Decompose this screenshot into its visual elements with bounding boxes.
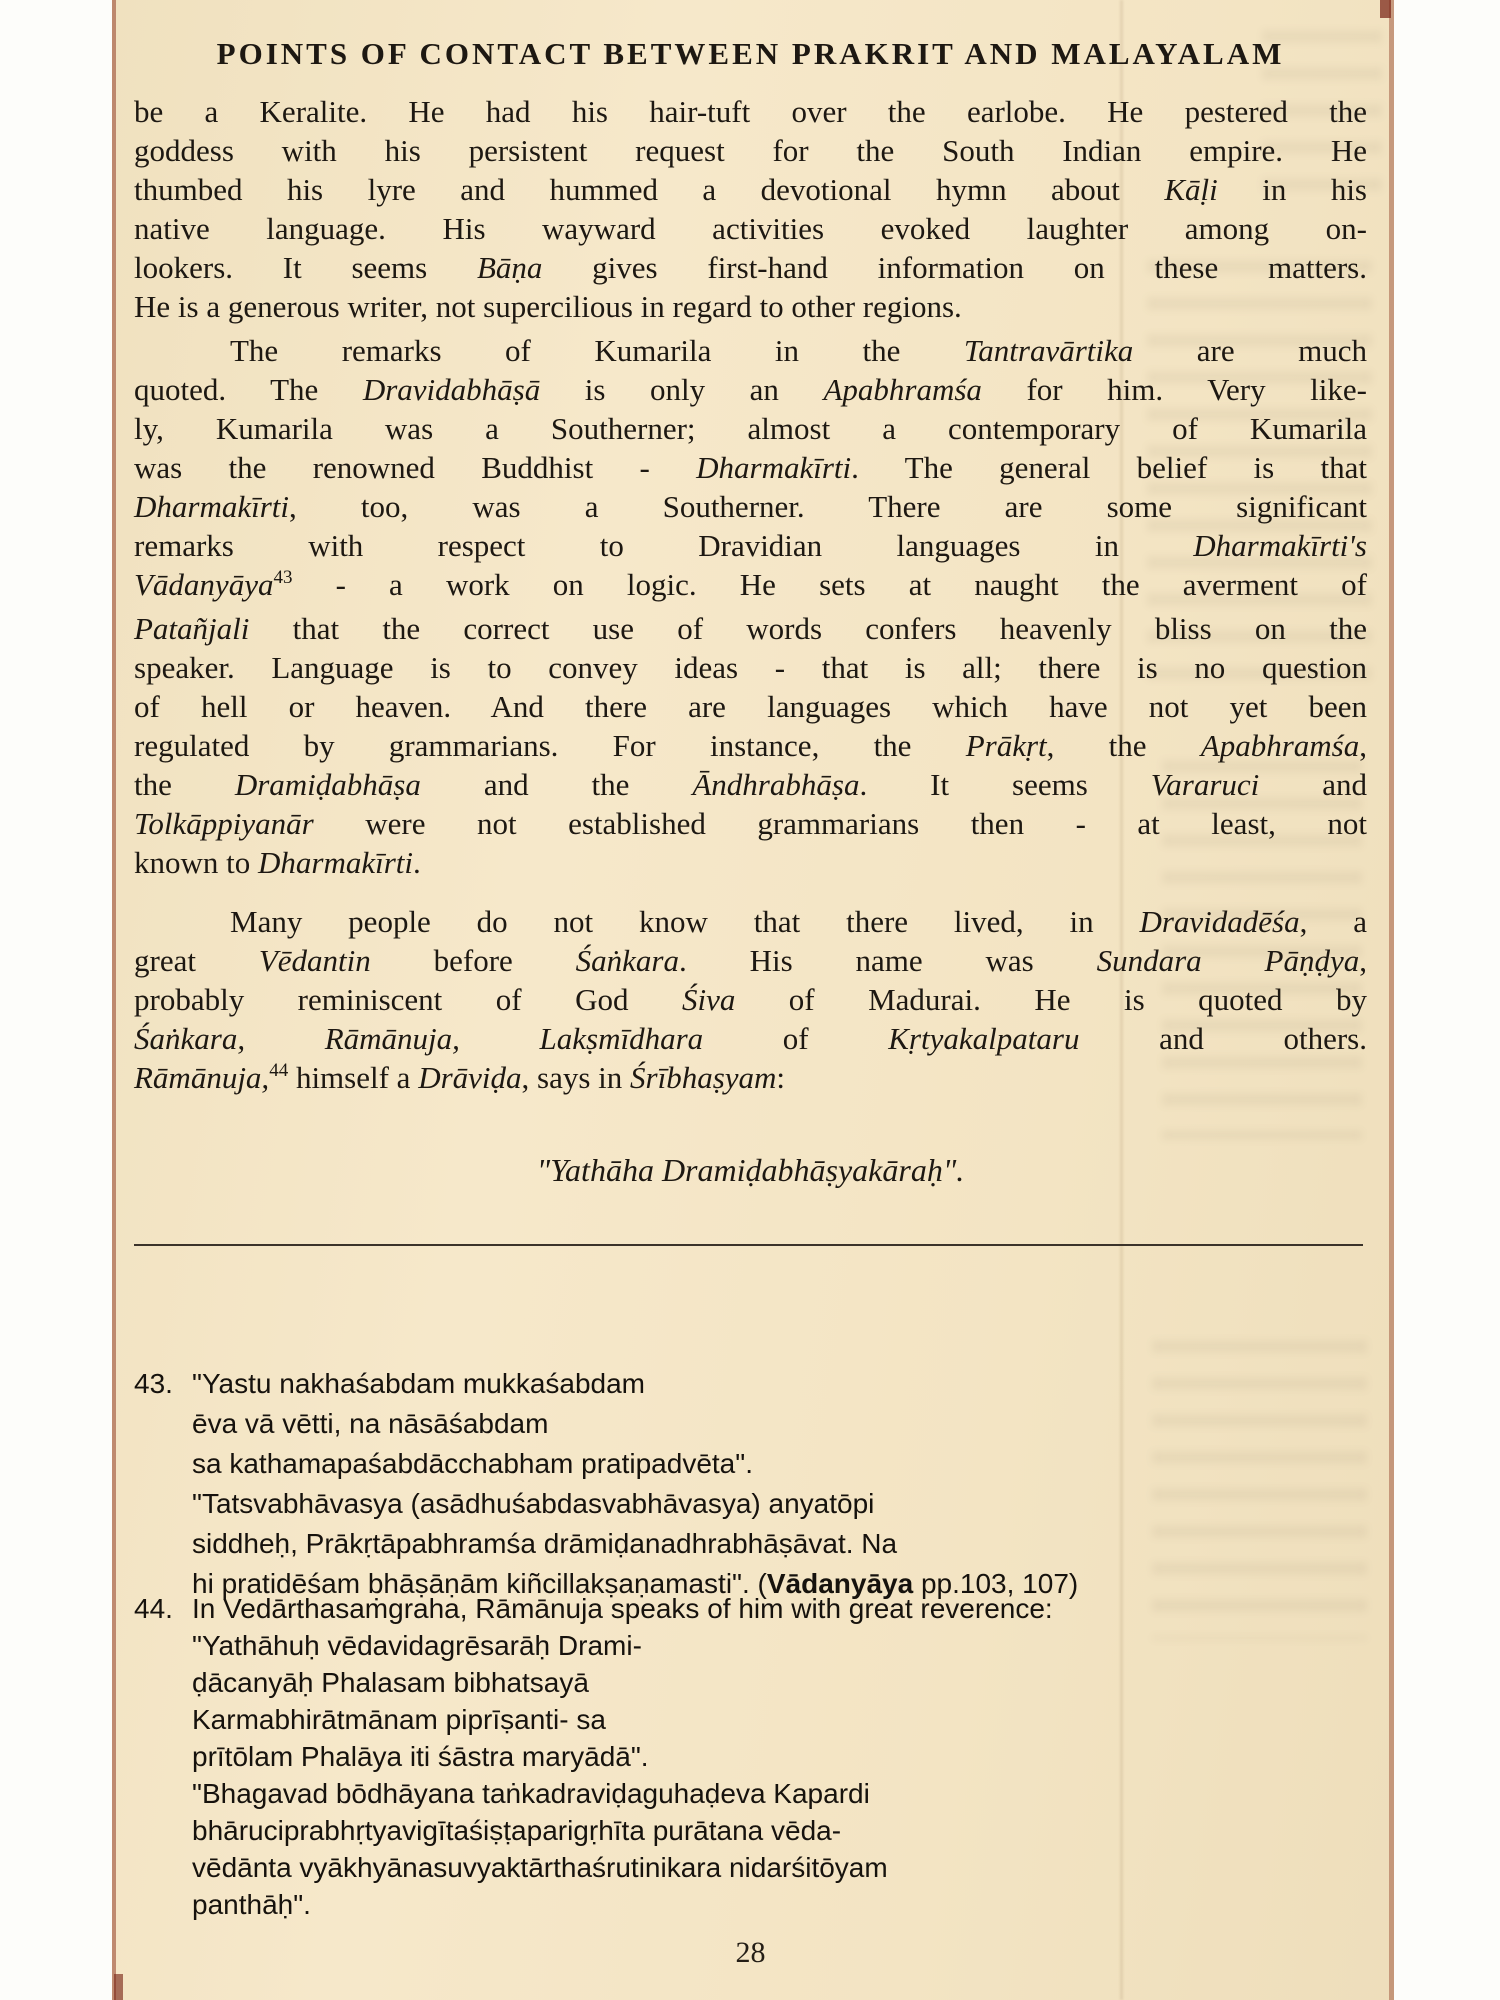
text-run: were not established grammarians then - … xyxy=(314,806,1367,841)
text-run: are much xyxy=(1133,333,1367,368)
body-line: was the renowned Buddhist - Dharmakīrti.… xyxy=(134,448,1367,487)
italic-term: Apabhramśa xyxy=(823,372,981,407)
text-run: ly, Kumarila was a Southerner; almost a … xyxy=(134,411,1367,446)
text-run: and the xyxy=(421,767,693,802)
footnote-43: 43."Yastu nakhaśabdam mukkaśabdamēva vā … xyxy=(134,1364,1367,1604)
text-run: ēva vā vētti, na nāsāśabdam xyxy=(192,1408,548,1439)
footnote-line: ḍācanyāḥ Phalasam bibhatsayā xyxy=(192,1664,1367,1701)
text-run: goddess with his persistent request for … xyxy=(134,133,1367,168)
italic-term: Kāḷi xyxy=(1164,172,1217,207)
text-run: gives first-hand information on these ma… xyxy=(542,250,1367,285)
text-run: ḍācanyāḥ Phalasam bibhatsayā xyxy=(192,1667,589,1698)
book-page: POINTS OF CONTACT BETWEEN PRAKRIT AND MA… xyxy=(112,0,1394,2000)
body-line: quoted. The Dravidabhāṣā is only an Apab… xyxy=(134,370,1367,409)
body-line: lookers. It seems Bāṇa gives first-hand … xyxy=(134,248,1367,287)
footnote-line: "Tatsvabhāvasya (asādhuśabdasvabhāvasya)… xyxy=(192,1484,1367,1524)
body-line: speaker. Language is to convey ideas - t… xyxy=(134,648,1367,687)
text-run: "Yathāhuḥ vēdavidagrēsarāḥ Drami- xyxy=(192,1630,642,1661)
italic-term: Dravidabhāṣā xyxy=(363,372,540,407)
text-run: . His name was xyxy=(679,943,1097,978)
text-run: the xyxy=(134,767,235,802)
footnote-line: ēva vā vētti, na nāsāśabdam xyxy=(192,1404,1367,1444)
text-run: in his xyxy=(1218,172,1367,207)
italic-term: Dharmakīrti xyxy=(134,489,289,524)
footnote-marker: 44 xyxy=(269,1060,288,1081)
italic-term: Śrībhaṣyam xyxy=(630,1060,776,1095)
body-line: ly, Kumarila was a Southerner; almost a … xyxy=(134,409,1367,448)
italic-term: Vararuci xyxy=(1151,767,1260,802)
page-number: 28 xyxy=(134,1936,1367,1970)
text-run: He is a generous writer, not superciliou… xyxy=(134,289,962,324)
sanskrit-quote: "Yathāha Dramiḍabhāṣyakāraḥ". xyxy=(134,1152,1367,1189)
italic-term: Dravidadēśa xyxy=(1139,904,1299,939)
text-run: . It seems xyxy=(859,767,1150,802)
text-run: , xyxy=(1359,728,1367,763)
italic-term: Patañjali xyxy=(134,611,249,646)
italic-term: Tantravārtika xyxy=(964,333,1133,368)
body-line: great Vēdantin before Śaṅkara. His name … xyxy=(134,941,1367,980)
body-line: Dharmakīrti, too, was a Southerner. Ther… xyxy=(134,487,1367,526)
text-run: vēdānta vyākhyānasuvyaktārthaśrutinikara… xyxy=(192,1852,888,1883)
text-run: for him. Very like- xyxy=(982,372,1367,407)
text-run: , xyxy=(1359,943,1367,978)
text-run: prītōlam Phalāya iti śāstra maryādā". xyxy=(192,1741,649,1772)
text-run: , says in xyxy=(522,1060,631,1095)
footnote-line: vēdānta vyākhyānasuvyaktārthaśrutinikara… xyxy=(192,1849,1367,1886)
body-line: known to Dharmakīrti. xyxy=(134,843,1367,882)
body-line: Śaṅkara, Rāmānuja, Lakṣmīdhara of Kṛtyak… xyxy=(134,1019,1367,1058)
text-run: panthāḥ". xyxy=(192,1889,311,1920)
text-run: "Yastu nakhaśabdam mukkaśabdam xyxy=(192,1368,645,1399)
text-run: . xyxy=(413,845,421,880)
italic-term: Vēdantin xyxy=(259,943,371,978)
text-run: In Vedārthasaṁgraha, Rāmānuja speaks of … xyxy=(192,1593,1053,1624)
body-line: native language. His wayward activities … xyxy=(134,209,1367,248)
body-line: be a Keralite. He had his hair-tuft over… xyxy=(134,92,1367,131)
body-line: the Dramiḍabhāṣa and the Āndhrabhāṣa. It… xyxy=(134,765,1367,804)
body-line: Many people do not know that there lived… xyxy=(134,902,1367,941)
text-run: of Madurai. He is quoted by xyxy=(735,982,1367,1017)
italic-term: Rāmānuja, xyxy=(134,1060,269,1095)
text-run: siddheḥ, Prākṛtāpabhramśa drāmiḍanadhrab… xyxy=(192,1528,897,1559)
footnote-line: Karmabhirātmānam piprīṣanti- sa xyxy=(192,1701,1367,1738)
italic-term: Sundara Pāṇḍya xyxy=(1097,943,1360,978)
text-run: , a xyxy=(1300,904,1367,939)
footnote-line: "Bhagavad bōdhāyana taṅkadraviḍaguhaḍeva… xyxy=(192,1775,1367,1812)
body-line: of hell or heaven. And there are languag… xyxy=(134,687,1367,726)
body-line: Patañjali that the correct use of words … xyxy=(134,609,1367,648)
text-run: lookers. It seems xyxy=(134,250,477,285)
page-header: POINTS OF CONTACT BETWEEN PRAKRIT AND MA… xyxy=(134,36,1367,72)
text-run: - a work on logic. He sets at naught the… xyxy=(292,567,1367,602)
footnote-44: 44.In Vedārthasaṁgraha, Rāmānuja speaks … xyxy=(134,1590,1367,1923)
text-run: "Bhagavad bōdhāyana taṅkadraviḍaguhaḍeva… xyxy=(192,1778,870,1809)
italic-term: Kṛtyakalpataru xyxy=(888,1021,1079,1056)
text-run: bhāruciprabhṛtyavigītaśiṣṭaparigṛhīta pu… xyxy=(192,1815,841,1846)
text-run: and others. xyxy=(1079,1021,1367,1056)
body-line: probably reminiscent of God Śiva of Madu… xyxy=(134,980,1367,1019)
body-line: The remarks of Kumarila in the Tantravār… xyxy=(134,331,1367,370)
footnote-line: 44.In Vedārthasaṁgraha, Rāmānuja speaks … xyxy=(134,1590,1367,1627)
scan-corner-mark xyxy=(1380,0,1391,18)
italic-term: Āndhrabhāṣa xyxy=(692,767,859,802)
body-line: remarks with respect to Dravidian langua… xyxy=(134,526,1367,565)
text-run: was the renowned Buddhist - xyxy=(134,450,696,485)
footnote-line: prītōlam Phalāya iti śāstra maryādā". xyxy=(192,1738,1367,1775)
italic-term: Dramiḍabhāṣa xyxy=(235,767,421,802)
body-line: Rāmānuja,44 himself a Drāviḍa, says in Ś… xyxy=(134,1058,1367,1102)
scan-canvas: POINTS OF CONTACT BETWEEN PRAKRIT AND MA… xyxy=(0,0,1500,2000)
text-run: himself a xyxy=(288,1060,418,1095)
text-run: and xyxy=(1259,767,1367,802)
italic-term: Dharmakīrti's xyxy=(1193,528,1367,563)
paragraph: The remarks of Kumarila in the Tantravār… xyxy=(134,331,1367,882)
italic-term: Bāṇa xyxy=(477,250,542,285)
footnote-line: "Yathāhuḥ vēdavidagrēsarāḥ Drami- xyxy=(192,1627,1367,1664)
footnote-line: 43."Yastu nakhaśabdam mukkaśabdam xyxy=(134,1364,1367,1404)
italic-term: Śaṅkara xyxy=(576,943,679,978)
footnote-divider xyxy=(134,1244,1363,1246)
italic-term: Prākṛt xyxy=(966,728,1047,763)
page-edge-right xyxy=(1389,0,1394,2000)
body-line: thumbed his lyre and hummed a devotional… xyxy=(134,170,1367,209)
body-line: Tolkāppiyanār were not established gramm… xyxy=(134,804,1367,843)
paragraph: Many people do not know that there lived… xyxy=(134,902,1367,1102)
footnote-marker: 43 xyxy=(273,567,292,588)
text-run: of hell or heaven. And there are languag… xyxy=(134,689,1367,724)
footnote-number: 44. xyxy=(134,1590,192,1627)
footnote-line: panthāḥ". xyxy=(192,1886,1367,1923)
italic-term: Drāviḍa xyxy=(418,1060,521,1095)
text-run: remarks with respect to Dravidian langua… xyxy=(134,528,1193,563)
footnote-line: bhāruciprabhṛtyavigītaśiṣṭaparigṛhīta pu… xyxy=(192,1812,1367,1849)
body-line: He is a generous writer, not superciliou… xyxy=(134,287,1367,326)
text-run: , too, was a Southerner. There are some … xyxy=(289,489,1367,524)
text-run: known to xyxy=(134,845,258,880)
footnote-line: siddheḥ, Prākṛtāpabhramśa drāmiḍanadhrab… xyxy=(192,1524,1367,1564)
text-run: native language. His wayward activities … xyxy=(134,211,1367,246)
body-line: Vādanyāya43 - a work on logic. He sets a… xyxy=(134,565,1367,609)
text-run: Karmabhirātmānam piprīṣanti- sa xyxy=(192,1704,606,1735)
text-run: be a Keralite. He had his hair-tuft over… xyxy=(134,94,1367,129)
italic-term: Śiva xyxy=(682,982,735,1017)
body-line: regulated by grammarians. For instance, … xyxy=(134,726,1367,765)
paragraph: be a Keralite. He had his hair-tuft over… xyxy=(134,92,1367,326)
italic-term: Śaṅkara, Rāmānuja, Lakṣmīdhara xyxy=(134,1021,703,1056)
italic-term: Apabhramśa xyxy=(1201,728,1359,763)
italic-term: Tolkāppiyanār xyxy=(134,806,314,841)
italic-term: Dharmakīrti xyxy=(258,845,413,880)
text-run: probably reminiscent of God xyxy=(134,982,682,1017)
footnote-line: sa kathamapaśabdācchabham pratipadvēta". xyxy=(192,1444,1367,1484)
text-run: of xyxy=(703,1021,888,1056)
text-run: , the xyxy=(1047,728,1201,763)
text-run: The remarks of Kumarila in the xyxy=(230,333,964,368)
text-run: speaker. Language is to convey ideas - t… xyxy=(134,650,1367,685)
text-run: quoted. The xyxy=(134,372,363,407)
italic-term: Vādanyāya xyxy=(134,567,273,602)
text-run: before xyxy=(371,943,576,978)
text-run: that the correct use of words confers he… xyxy=(249,611,1367,646)
page-content: POINTS OF CONTACT BETWEEN PRAKRIT AND MA… xyxy=(134,0,1367,2000)
text-run: : xyxy=(776,1060,785,1095)
body-line: goddess with his persistent request for … xyxy=(134,131,1367,170)
text-run: . The general belief is that xyxy=(851,450,1367,485)
text-run: sa kathamapaśabdācchabham pratipadvēta". xyxy=(192,1448,753,1479)
scan-corner-mark xyxy=(114,1974,123,2000)
text-run: "Tatsvabhāvasya (asādhuśabdasvabhāvasya)… xyxy=(192,1488,874,1519)
text-run: regulated by grammarians. For instance, … xyxy=(134,728,966,763)
text-run: Many people do not know that there lived… xyxy=(230,904,1139,939)
text-run: is only an xyxy=(540,372,823,407)
footnote-number: 43. xyxy=(134,1364,192,1404)
text-run: thumbed his lyre and hummed a devotional… xyxy=(134,172,1164,207)
text-run: great xyxy=(134,943,259,978)
italic-term: Dharmakīrti xyxy=(696,450,851,485)
page-edge-left xyxy=(112,0,116,2000)
